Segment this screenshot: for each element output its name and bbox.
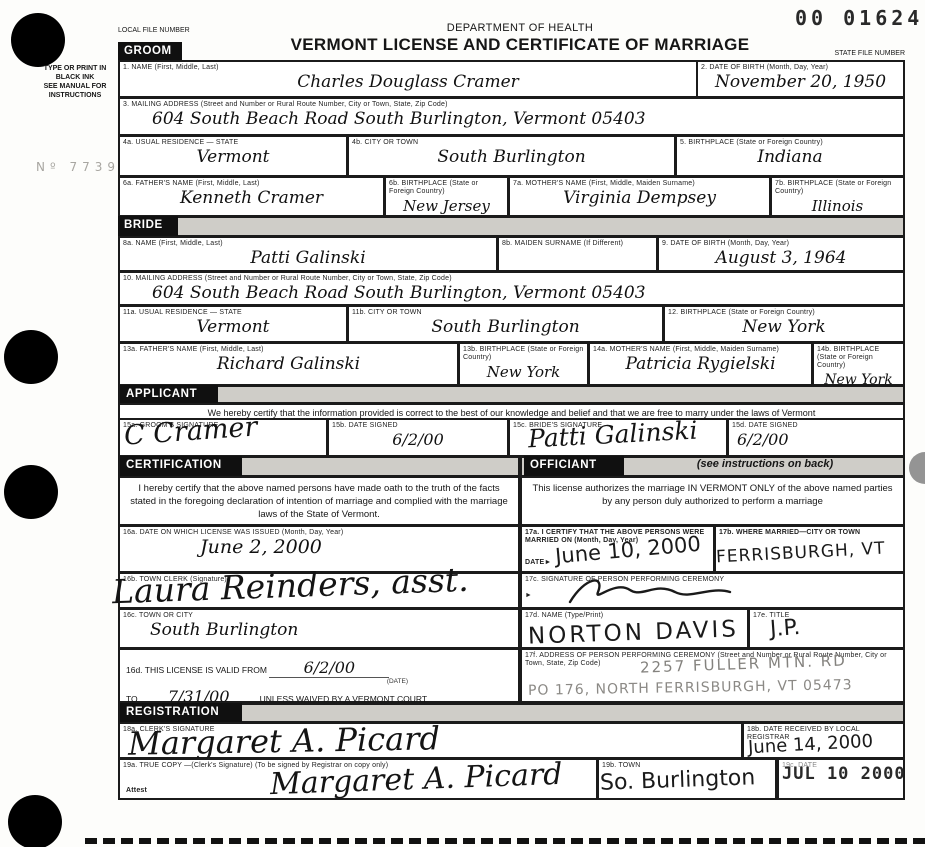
- local-file-number-label: LOCAL FILE NUMBER: [118, 27, 190, 34]
- field-groom-residence-state: 4a. USUAL RESIDENCE — STATE Vermont: [118, 135, 348, 177]
- groom-father-birthplace-value: New Jersey: [386, 196, 507, 216]
- field-bride-mailing-address: 10. MAILING ADDRESS (Street and Number o…: [118, 271, 905, 306]
- bride-dob-value: August 3, 1964: [659, 248, 903, 268]
- groom-mother-birthplace-value: Illinois: [772, 196, 903, 216]
- date-stamp: JUL 10 2000: [782, 764, 906, 784]
- field-bride-maiden-surname: 8b. MAIDEN SURNAME (If Different): [497, 236, 658, 272]
- bride-birthplace-value: New York: [665, 317, 903, 337]
- groom-date-signed-value: 6/2/00: [329, 430, 507, 450]
- officiant-title-value: J.P.: [769, 615, 801, 642]
- marriage-certificate-scan: TYPE OR PRINT IN BLACK INK SEE MANUAL FO…: [0, 0, 925, 847]
- field-bride-date-signed: 15d. DATE SIGNED 6/2/00: [727, 418, 905, 457]
- groom-residence-state-value: Vermont: [120, 147, 346, 167]
- field-groom-mailing-address: 3. MAILING ADDRESS (Street and Number or…: [118, 97, 905, 136]
- field-groom-date-signed: 15b. DATE SIGNED 6/2/00: [327, 418, 509, 457]
- officiant-statement: This license authorizes the marriage IN …: [520, 476, 905, 526]
- field-bride-residence-city: 11b. CITY OR TOWN South Burlington: [347, 305, 664, 343]
- ink-instructions-note: TYPE OR PRINT IN BLACK INK SEE MANUAL FO…: [30, 64, 120, 100]
- field-groom-father-birthplace: 6b. BIRTHPLACE (State or Foreign Country…: [384, 176, 509, 217]
- groom-address-value: 604 South Beach Road South Burlington, V…: [120, 109, 903, 129]
- license-issued-value: June 2, 2000: [120, 537, 518, 557]
- section-certification: CERTIFICATION: [120, 456, 242, 477]
- groom-father-name-value: Kenneth Cramer: [120, 188, 383, 208]
- section-officiant: OFFICIANT: [524, 456, 624, 477]
- field-groom-residence-city: 4b. CITY OR TOWN South Burlington: [347, 135, 676, 177]
- ceremony-signature-scrawl: [560, 572, 760, 608]
- field-groom-mother-birthplace: 7b. BIRTHPLACE (State or Foreign Country…: [770, 176, 905, 217]
- officiant-section-note: (see instructions on back): [640, 458, 890, 470]
- bride-section-bar: [118, 216, 905, 237]
- bride-father-name-value: Richard Galinski: [120, 354, 457, 374]
- bride-residence-city-value: South Burlington: [349, 317, 662, 337]
- department-name: DEPARTMENT OF HEALTH: [250, 22, 790, 34]
- groom-name-value: Charles Douglass Cramer: [120, 72, 696, 92]
- certification-statement: I hereby certify that the above named pe…: [118, 476, 520, 526]
- attest-label: Attest: [123, 785, 150, 795]
- field-true-copy-signature: 19a. TRUE COPY —(Clerk's Signature) (To …: [118, 758, 598, 800]
- hole-punch-lower-middle: [4, 465, 58, 519]
- bride-date-signed-value: 6/2/00: [729, 430, 903, 450]
- state-file-number-stamp: 00 01624: [795, 6, 923, 30]
- field-bride-birthplace: 12. BIRTHPLACE (State or Foreign Country…: [663, 305, 905, 343]
- field-license-validity: 16d. THIS LICENSE IS VALID FROM 6/2/00 (…: [118, 648, 520, 703]
- field-bride-father-name: 13a. FATHER'S NAME (First, Middle, Last)…: [118, 342, 459, 386]
- field-clerk-town-or-city: 16c. TOWN OR CITY South Burlington: [118, 608, 520, 649]
- field-license-issued-date: 16a. DATE ON WHICH LICENSE WAS ISSUED (M…: [118, 525, 520, 573]
- field-groom-dob: 2. DATE OF BIRTH (Month, Day, Year) Nove…: [696, 60, 905, 98]
- validity-label: 16d. THIS LICENSE IS VALID FROM: [126, 665, 267, 675]
- field-groom-mother-name: 7a. MOTHER'S NAME (First, Middle, Maiden…: [508, 176, 771, 217]
- field-groom-name: 1. NAME (First, Middle, Last) Charles Do…: [118, 60, 698, 98]
- groom-residence-city-value: South Burlington: [349, 147, 674, 167]
- state-file-number-label: STATE FILE NUMBER: [700, 50, 905, 57]
- bride-address-value: 604 South Beach Road South Burlington, V…: [120, 283, 903, 303]
- field-bride-signature: 15c. BRIDE'S SIGNATURE: [508, 418, 728, 457]
- field-bride-mother-birthplace: 14b. BIRTHPLACE (State or Foreign Countr…: [812, 342, 905, 386]
- section-groom: GROOM: [118, 42, 182, 61]
- bride-father-birthplace-value: New York: [460, 362, 587, 382]
- field-groom-father-name: 6a. FATHER'S NAME (First, Middle, Last) …: [118, 176, 385, 217]
- field-groom-signature: 15a. GROOM'S SIGNATURE: [118, 418, 328, 457]
- hole-punch-top: [11, 13, 65, 67]
- hole-punch-bottom: [8, 795, 62, 847]
- field-bride-mother-name: 14a. MOTHER'S NAME (First, Middle, Maide…: [588, 342, 813, 386]
- clerk-town-value: South Burlington: [120, 620, 518, 640]
- hole-punch-upper-middle: [4, 330, 58, 384]
- bride-name-value: Patti Galinski: [120, 248, 496, 268]
- field-groom-birthplace: 5. BIRTHPLACE (State or Foreign Country)…: [675, 135, 905, 177]
- groom-dob-value: November 20, 1950: [698, 72, 903, 92]
- field-bride-dob: 9. DATE OF BIRTH (Month, Day, Year) Augu…: [657, 236, 905, 272]
- bride-residence-state-value: Vermont: [120, 317, 346, 337]
- applicant-section-bar: [118, 385, 905, 404]
- valid-from-date-caption: (DATE): [120, 678, 518, 685]
- groom-birthplace-value: Indiana: [677, 147, 903, 167]
- valid-from-value: 6/2/00: [304, 658, 356, 677]
- section-registration: REGISTRATION: [120, 703, 242, 723]
- section-applicant: APPLICANT: [120, 385, 218, 404]
- field-bride-father-birthplace: 13b. BIRTHPLACE (State or Foreign Countr…: [458, 342, 589, 386]
- page-edge-mark: [909, 452, 925, 484]
- field-bride-name: 8a. NAME (First, Middle, Last) Patti Gal…: [118, 236, 498, 272]
- field-town-clerk-signature: 16b. TOWN CLERK (Signature): [118, 572, 520, 609]
- perforation-line: [85, 838, 925, 844]
- bride-mother-name-value: Patricia Rygielski: [590, 354, 811, 374]
- field-bride-residence-state: 11a. USUAL RESIDENCE — STATE Vermont: [118, 305, 348, 343]
- field-clerk-signature: 18a. CLERK'S SIGNATURE: [118, 722, 743, 759]
- groom-mother-name-value: Virginia Dempsey: [510, 188, 769, 208]
- section-bride: BRIDE: [118, 216, 178, 237]
